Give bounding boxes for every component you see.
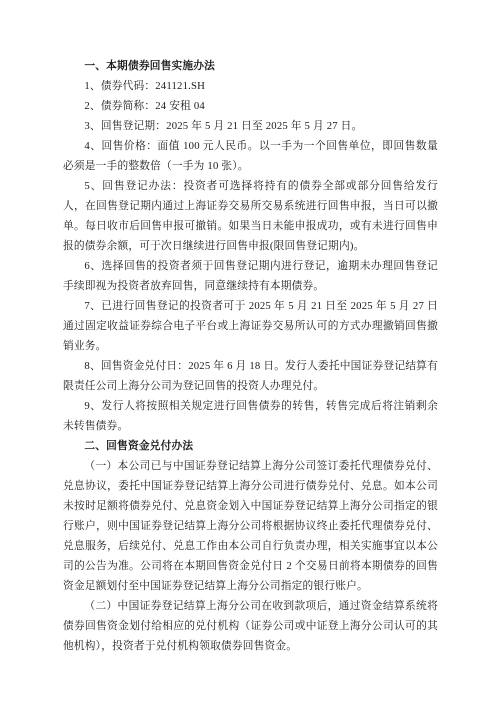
document-paragraph: 9、发行人将按照相关规定进行回售债券的转售，转售完成后将注销剩余未转售债券。 — [63, 396, 438, 436]
document-paragraph: 2、债券简称：24 安租 04 — [63, 96, 438, 116]
section-heading: 二、回售资金兑付办法 — [63, 436, 438, 456]
document-paragraph: 8、回售资金兑付日：2025 年 6 月 18 日。发行人委托中国证券登记结算有… — [63, 356, 438, 396]
document-paragraph: 7、已进行回售登记的投资者可于 2025 年 5 月 21 日至 2025 年 … — [63, 296, 438, 356]
document-paragraph: 3、回售登记期：2025 年 5 月 21 日至 2025 年 5 月 27 日… — [63, 116, 438, 136]
section-heading: 一、本期债券回售实施办法 — [63, 56, 438, 76]
document-paragraph: （二）中国证券登记结算上海分公司在收到款项后，通过资金结算系统将债券回售资金划付… — [63, 596, 438, 656]
document-paragraph: 5、回售登记办法：投资者可选择将持有的债券全部或部分回售给发行人，在回售登记期内… — [63, 176, 438, 256]
document-paragraph: 1、债券代码：241121.SH — [63, 76, 438, 96]
document-body: 一、本期债券回售实施办法1、债券代码：241121.SH2、债券简称：24 安租… — [63, 56, 438, 656]
document-paragraph: 6、选择回售的投资者须于回售登记期内进行登记，逾期未办理回售登记手续即视为投资者… — [63, 256, 438, 296]
document-page: 一、本期债券回售实施办法1、债券代码：241121.SH2、债券简称：24 安租… — [0, 0, 500, 707]
document-paragraph: （一）本公司已与中国证券登记结算上海分公司签订委托代理债券兑付、兑息协议，委托中… — [63, 456, 438, 596]
document-paragraph: 4、回售价格：面值 100 元人民币。以一手为一个回售单位，即回售数量必须是一手… — [63, 136, 438, 176]
